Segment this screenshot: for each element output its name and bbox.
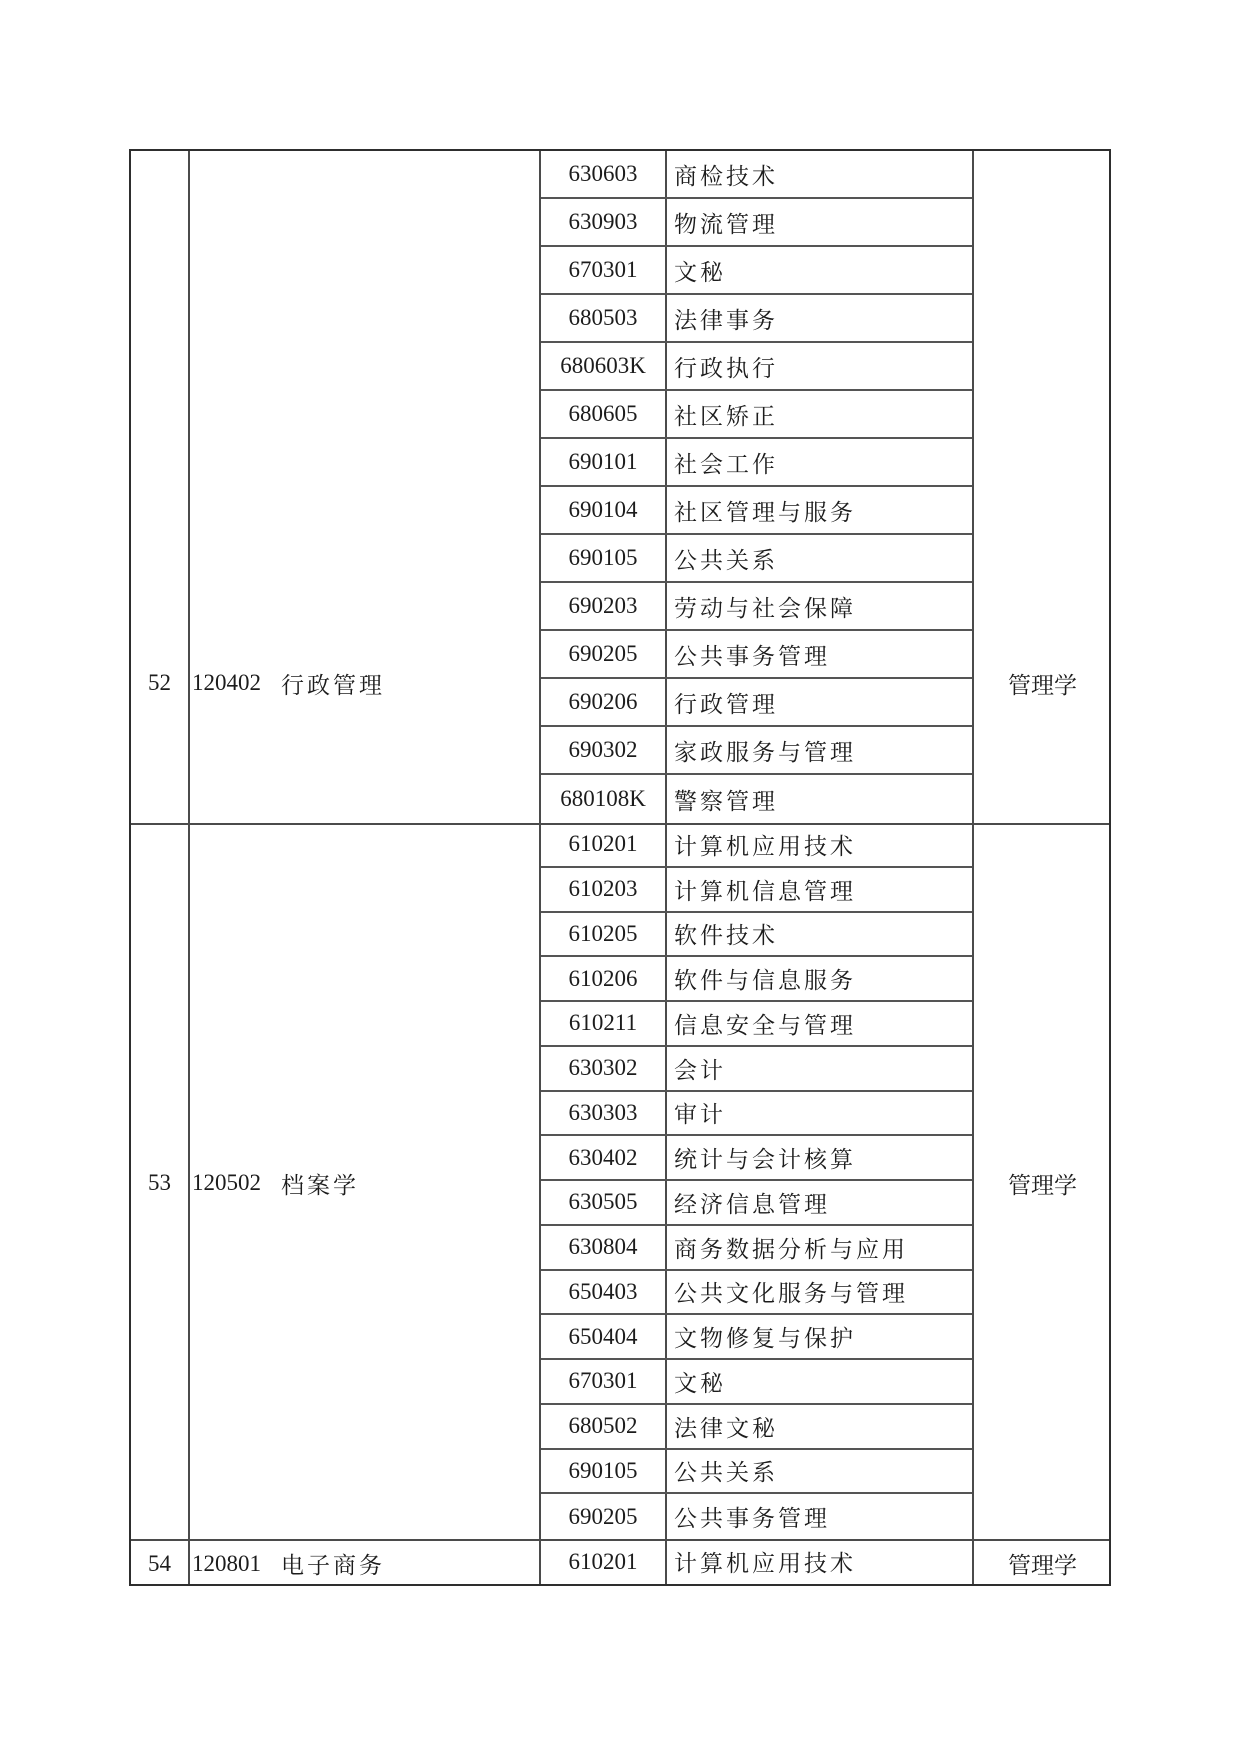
table-row: 610201 计算机应用技术 [541, 1539, 972, 1584]
zhuanke-code: 690104 [541, 487, 665, 533]
section-number-text: 54 [148, 1551, 171, 1577]
table-row: 690104 社区管理与服务 [541, 487, 972, 535]
major-mapping-table: 52 120402 行政管理 管理学 53 120502 档案学 管理学 54 … [129, 149, 1111, 1586]
subject-category-text: 管理学 [1008, 667, 1077, 700]
zhuanke-name: 文秘 [665, 1360, 972, 1403]
table-row: 650403 公共文化服务与管理 [541, 1271, 972, 1316]
table-row: 630603 商检技术 [541, 151, 972, 199]
zhuanke-code: 610201 [541, 1539, 665, 1584]
zhuanke-code: 630804 [541, 1226, 665, 1269]
table-row: 610211 信息安全与管理 [541, 1002, 972, 1047]
zhuanke-code: 650404 [541, 1315, 665, 1358]
table-row: 680108K 警察管理 [541, 775, 972, 823]
benke-major-code: 120801 [192, 1551, 261, 1577]
benke-major-code: 120402 [192, 670, 261, 696]
benke-major-code: 120502 [192, 1170, 261, 1196]
zhuanke-code: 690203 [541, 583, 665, 629]
zhuanke-code: 680503 [541, 295, 665, 341]
table-row: 670301 文秘 [541, 1360, 972, 1405]
zhuanke-code: 680603K [541, 343, 665, 389]
benke-major: 120402 行政管理 [192, 659, 537, 707]
table-row: 610201 计算机应用技术 [541, 823, 972, 868]
zhuanke-name: 公共关系 [665, 1450, 972, 1493]
zhuanke-code: 690205 [541, 631, 665, 677]
zhuanke-name: 统计与会计核算 [665, 1136, 972, 1179]
subject-category-text: 管理学 [1008, 1167, 1077, 1200]
zhuanke-name: 警察管理 [665, 775, 972, 823]
zhuanke-name: 审计 [665, 1092, 972, 1135]
table-row: 680503 法律事务 [541, 295, 972, 343]
zhuanke-name: 行政执行 [665, 343, 972, 389]
zhuanke-name: 公共文化服务与管理 [665, 1271, 972, 1314]
zhuanke-code: 680502 [541, 1405, 665, 1448]
zhuanke-name: 行政管理 [665, 679, 972, 725]
document-page: 52 120402 行政管理 管理学 53 120502 档案学 管理学 54 … [0, 0, 1241, 1754]
table-row: 690206 行政管理 [541, 679, 972, 727]
benke-major-name: 行政管理 [281, 667, 385, 700]
zhuanke-name: 商务数据分析与应用 [665, 1226, 972, 1269]
zhuanke-code: 690205 [541, 1494, 665, 1539]
zhuanke-name: 劳动与社会保障 [665, 583, 972, 629]
subject-category: 管理学 [974, 1159, 1111, 1207]
table-row: 650404 文物修复与保护 [541, 1315, 972, 1360]
zhuanke-name: 公共关系 [665, 535, 972, 581]
zhuanke-code: 630302 [541, 1047, 665, 1090]
zhuanke-name: 计算机应用技术 [665, 1539, 972, 1584]
zhuanke-code: 690101 [541, 439, 665, 485]
zhuanke-name: 计算机应用技术 [665, 823, 972, 866]
subject-category: 管理学 [974, 1541, 1111, 1586]
benke-major: 120502 档案学 [192, 1159, 537, 1207]
table-row: 690105 公共关系 [541, 1450, 972, 1495]
table-row: 690203 劳动与社会保障 [541, 583, 972, 631]
zhuanke-code: 680108K [541, 775, 665, 823]
table-row: 680603K 行政执行 [541, 343, 972, 391]
zhuanke-code: 610211 [541, 1002, 665, 1045]
zhuanke-name: 软件与信息服务 [665, 957, 972, 1000]
zhuanke-name: 社会工作 [665, 439, 972, 485]
table-row: 690105 公共关系 [541, 535, 972, 583]
zhuanke-code: 650403 [541, 1271, 665, 1314]
zhuanke-code: 610201 [541, 823, 665, 866]
table-row: 680605 社区矫正 [541, 391, 972, 439]
zhuanke-name: 法律事务 [665, 295, 972, 341]
zhuanke-name: 社区管理与服务 [665, 487, 972, 533]
zhuanke-code: 610206 [541, 957, 665, 1000]
subject-category-text: 管理学 [1008, 1547, 1077, 1580]
zhuanke-name: 社区矫正 [665, 391, 972, 437]
zhuanke-code: 630505 [541, 1181, 665, 1224]
zhuanke-name: 商检技术 [665, 151, 972, 197]
zhuanke-code: 670301 [541, 1360, 665, 1403]
zhuanke-code: 680605 [541, 391, 665, 437]
zhuanke-code: 630303 [541, 1092, 665, 1135]
zhuanke-name: 物流管理 [665, 199, 972, 245]
zhuanke-code: 630903 [541, 199, 665, 245]
table-row: 680502 法律文秘 [541, 1405, 972, 1450]
zhuanke-code: 610205 [541, 913, 665, 956]
table-row: 690101 社会工作 [541, 439, 972, 487]
section-number: 54 [131, 1541, 188, 1586]
zhuanke-code: 670301 [541, 247, 665, 293]
zhuanke-code: 630603 [541, 151, 665, 197]
table-row: 690205 公共事务管理 [541, 1494, 972, 1539]
table-row: 630402 统计与会计核算 [541, 1136, 972, 1181]
zhuanke-code: 610203 [541, 868, 665, 911]
zhuanke-name: 会计 [665, 1047, 972, 1090]
table-row: 630804 商务数据分析与应用 [541, 1226, 972, 1271]
column-divider [188, 151, 190, 1584]
table-row: 690302 家政服务与管理 [541, 727, 972, 775]
section-number: 52 [131, 659, 188, 707]
subject-category: 管理学 [974, 659, 1111, 707]
column-divider [972, 151, 974, 1584]
table-row: 630505 经济信息管理 [541, 1181, 972, 1226]
table-row: 610203 计算机信息管理 [541, 868, 972, 913]
table-row: 610205 软件技术 [541, 913, 972, 958]
zhuanke-name: 文物修复与保护 [665, 1315, 972, 1358]
benke-major: 120801 电子商务 [192, 1541, 537, 1586]
zhuanke-code: 690105 [541, 535, 665, 581]
zhuanke-name: 软件技术 [665, 913, 972, 956]
table-row: 670301 文秘 [541, 247, 972, 295]
table-row: 610206 软件与信息服务 [541, 957, 972, 1002]
benke-major-name: 档案学 [281, 1167, 359, 1200]
zhuanke-name: 公共事务管理 [665, 1494, 972, 1539]
zhuanke-code: 690302 [541, 727, 665, 773]
table-row: 630903 物流管理 [541, 199, 972, 247]
zhuanke-name: 公共事务管理 [665, 631, 972, 677]
table-row: 630303 审计 [541, 1092, 972, 1137]
zhuanke-code: 630402 [541, 1136, 665, 1179]
zhuanke-code: 690206 [541, 679, 665, 725]
table-row: 630302 会计 [541, 1047, 972, 1092]
table-row: 690205 公共事务管理 [541, 631, 972, 679]
zhuanke-name: 法律文秘 [665, 1405, 972, 1448]
zhuanke-name: 计算机信息管理 [665, 868, 972, 911]
zhuanke-name: 信息安全与管理 [665, 1002, 972, 1045]
section-number-text: 53 [148, 1170, 171, 1196]
zhuanke-code: 690105 [541, 1450, 665, 1493]
section-number: 53 [131, 1159, 188, 1207]
zhuanke-name: 经济信息管理 [665, 1181, 972, 1224]
section-number-text: 52 [148, 670, 171, 696]
zhuanke-name: 家政服务与管理 [665, 727, 972, 773]
zhuanke-name: 文秘 [665, 247, 972, 293]
benke-major-name: 电子商务 [281, 1547, 385, 1580]
